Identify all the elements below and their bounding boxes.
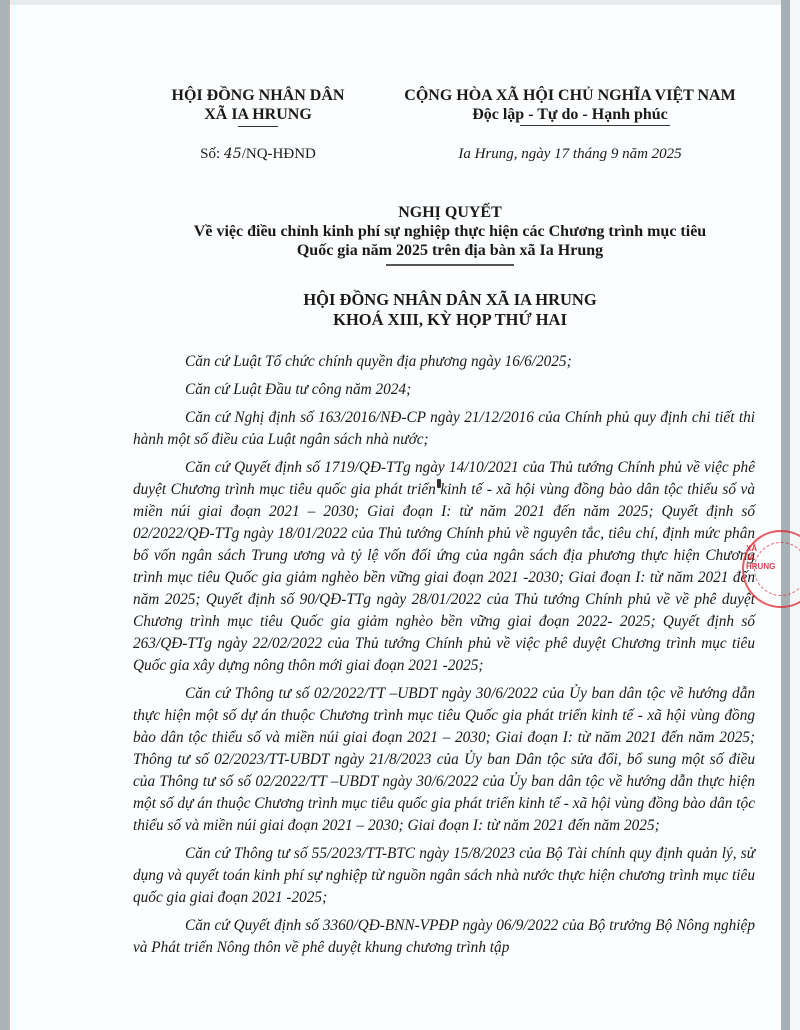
national-title: CỘNG HÒA XÃ HỘI CHỦ NGHĨA VIỆT NAM bbox=[370, 86, 770, 105]
legal-basis-paragraph: Căn cứ Thông tư số 02/2022/TT –UBDT ngày… bbox=[133, 683, 755, 837]
resolution-title: NGHỊ QUYẾT Về việc điều chỉnh kinh phí s… bbox=[130, 203, 770, 266]
legal-basis-paragraph: Căn cứ Quyết định số 1719/QĐ-TTg ngày 14… bbox=[133, 457, 755, 677]
resolution-subject-line2: Quốc gia năm 2025 trên địa bàn xã Ia Hru… bbox=[130, 241, 770, 260]
scan-left-edge bbox=[0, 0, 10, 1030]
council-session: HỘI ĐỒNG NHÂN DÂN XÃ IA HRUNG KHOÁ XIII,… bbox=[130, 290, 770, 330]
legal-basis-paragraph: Căn cứ Luật Đầu tư công năm 2024; bbox=[133, 379, 755, 401]
resolution-subject-line1: Về việc điều chỉnh kinh phí sự nghiệp th… bbox=[130, 222, 770, 241]
council-name: HỘI ĐỒNG NHÂN DÂN XÃ IA HRUNG bbox=[130, 290, 770, 310]
seal-text: XÃ IA HRUNG bbox=[746, 544, 756, 571]
issuing-authority: HỘI ĐỒNG NHÂN DÂN XÃ IA HRUNG bbox=[148, 86, 368, 127]
authority-commune: XÃ IA HRUNG bbox=[148, 105, 368, 124]
doc-number-label: Số: bbox=[200, 146, 220, 162]
resolution-heading: NGHỊ QUYẾT bbox=[130, 203, 770, 222]
legal-basis-paragraph: Căn cứ Thông tư số 55/2023/TT-BTC ngày 1… bbox=[133, 843, 755, 909]
legal-basis-paragraph: Căn cứ Quyết định số 3360/QĐ-BNN-VPĐP ng… bbox=[133, 915, 755, 959]
document-number: Số: 45/NQ-HĐND bbox=[148, 146, 368, 163]
page-right-edge-scrollbar[interactable] bbox=[781, 0, 790, 1030]
national-motto: Độc lập - Tự do - Hạnh phúc bbox=[370, 105, 770, 124]
authority-name: HỘI ĐỒNG NHÂN DÂN bbox=[148, 86, 368, 105]
doc-number-suffix: /NQ-HĐND bbox=[242, 146, 316, 162]
authority-underline bbox=[238, 126, 278, 127]
national-header: CỘNG HÒA XÃ HỘI CHỦ NGHĨA VIỆT NAM Độc l… bbox=[370, 86, 770, 126]
doc-number-handwritten: 45 bbox=[224, 146, 242, 162]
council-session-term: KHOÁ XIII, KỲ HỌP THỨ HAI bbox=[130, 310, 770, 330]
mouse-cursor-icon bbox=[437, 479, 441, 488]
legal-basis: Căn cứ Luật Tổ chức chính quyền địa phươ… bbox=[133, 351, 755, 965]
legal-basis-paragraph: Căn cứ Nghị định số 163/2016/NĐ-CP ngày … bbox=[133, 407, 755, 451]
title-underline bbox=[386, 264, 514, 266]
scan-top-edge bbox=[0, 0, 800, 5]
viewer-background bbox=[790, 0, 800, 1030]
motto-underline bbox=[520, 125, 670, 126]
legal-basis-paragraph: Căn cứ Luật Tổ chức chính quyền địa phươ… bbox=[133, 351, 755, 373]
date-place: Ia Hrung, ngày 17 tháng 9 năm 2025 bbox=[370, 146, 770, 163]
